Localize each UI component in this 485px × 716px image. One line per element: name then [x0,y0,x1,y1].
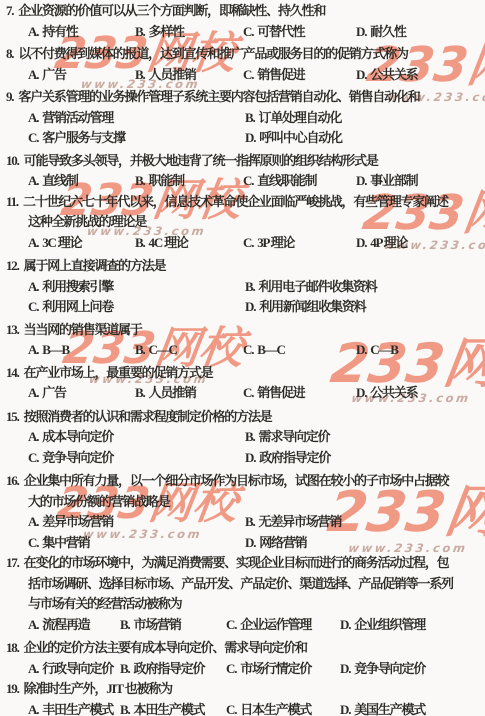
option-text: 直线制 [42,173,77,188]
option-label: A. [28,110,38,125]
option-text: 美国生产模式 [354,702,425,716]
question-stem-text: 客户关系管理的业务操作管理子系统主要内容包括营销自动化、销售自动化和 [18,89,419,104]
options-row: A.持有性B.多样性C.可替代性D.耐久性 [3,22,459,43]
option-text: 利用电子邮件收集资料 [259,279,377,294]
question-stem-text: 属于网上直接调查的方法是 [24,258,166,273]
option-text: 企业运作管理 [240,617,311,632]
question-stem-text: 在变化的市场环境中，为满足消费需要、实现企业目标而进行的商务活动过程，包括市场调… [24,555,453,611]
options-row: A.直线制B.职能制C.直线职能制D.事业部制 [3,171,459,192]
option-label: D. [340,617,350,632]
option-item: C.直线职能制 [243,171,356,192]
question-number: 14. [6,365,19,380]
option-item: D.利用新闻组收集资料 [245,297,459,318]
option-label: D. [340,702,350,716]
option-text: 4C 理论 [149,235,188,250]
option-label: D. [245,450,255,465]
question-item: 18.企业的定价方法主要有成本导向定价、需求导向定价和A.行政导向定价B.政府指… [3,638,459,679]
option-item: A.B—B [28,340,135,361]
question-stem: 14.在产业市场上，最重要的促销方式是 [3,363,459,384]
option-item: D.公共关系 [356,383,459,404]
question-item: 9.客户关系管理的业务操作管理子系统主要内容包括营销自动化、销售自动化和A.营销… [3,87,459,149]
question-stem: 13.当当网的销售渠道属于 [3,320,459,341]
option-item: C.销售促进 [243,383,356,404]
question-stem-text: 企业集中所有力量，以一个细分市场作为目标市场，试图在较小的子市场中占据较大的市场… [24,473,449,509]
option-item: A.成本导向定价 [28,427,245,448]
option-label: A. [28,702,38,716]
question-stem-text: 按照消费者的认识和需求程度制定价格的方法是 [24,409,272,424]
option-label: C. [243,24,253,39]
question-number: 10. [6,153,19,168]
question-stem-text: 当当网的销售渠道属于 [24,322,142,337]
option-item: C.利用网上问卷 [28,297,245,318]
option-item: D.呼叫中心自动化 [245,128,459,149]
question-number: 11. [6,194,18,209]
option-item: B.人员推销 [135,65,243,86]
option-text: 营销活动管理 [42,110,113,125]
option-item: C.竞争导向定价 [28,448,245,469]
question-number: 7. [6,3,13,18]
option-text: 耐久性 [370,24,405,39]
option-text: C—C [149,342,177,357]
option-text: 呼叫中心自动化 [259,130,342,145]
option-label: B. [135,173,145,188]
question-item: 12.属于网上直接调查的方法是A.利用搜索引擎B.利用电子邮件收集资料C.利用网… [3,256,459,318]
option-label: C. [243,385,253,400]
options-row: A.利用搜索引擎B.利用电子邮件收集资料C.利用网上问卷D.利用新闻组收集资料 [3,277,459,318]
option-label: A. [28,617,38,632]
option-item: B.利用电子邮件收集资料 [245,277,459,298]
question-item: 14.在产业市场上，最重要的促销方式是A.广告B.人员推销C.销售促进D.公共关… [3,363,459,404]
option-label: B. [120,661,130,676]
option-label: A. [28,173,38,188]
option-text: 3C 理论 [42,235,81,250]
option-label: C. [243,342,253,357]
option-item: C.客户服务与支撑 [28,128,245,149]
option-text: 人员推销 [149,67,196,82]
question-stem-text: 企业资源的价值可以从三个方面判断，即稀缺性、持久性和 [18,3,325,18]
option-label: A. [28,235,38,250]
option-label: D. [356,235,366,250]
option-text: 竞争导向定价 [354,661,425,676]
option-label: D. [356,67,366,82]
option-item: A.广告 [28,383,135,404]
option-text: 公共关系 [370,67,417,82]
option-label: B. [245,514,255,529]
option-label: C. [243,67,253,82]
option-label: C. [226,661,236,676]
options-row: A.流程再造B.市场营销C.企业运作管理D.企业组织管理 [3,615,459,636]
option-item: D.美国生产模式 [340,700,459,716]
option-item: C.集中营销 [28,533,245,554]
option-item: B.订单处理自动化 [245,108,459,129]
option-label: A. [28,429,38,444]
option-item: D.耐久性 [356,22,459,43]
question-number: 18. [6,640,19,655]
option-text: 网络营销 [259,535,306,550]
option-label: D. [356,173,366,188]
option-text: 可替代性 [257,24,304,39]
option-text: 差异市场营销 [42,514,113,529]
option-item: B.多样性 [135,22,243,43]
option-label: C. [28,299,38,314]
options-row: A.丰田生产模式B.本田生产模式C.日本生产模式D.美国生产模式 [3,700,459,716]
question-number: 17. [6,555,19,570]
option-text: 客户服务与支撑 [42,130,125,145]
option-item: A.3C 理论 [28,233,135,254]
option-text: 公共关系 [370,385,417,400]
option-label: D. [356,342,366,357]
option-label: D. [245,299,255,314]
option-text: 直线职能制 [257,173,316,188]
options-row: A.广告B.人员推销C.销售促进D.公共关系 [3,65,459,86]
option-text: 无差异市场营销 [259,514,342,529]
option-label: B. [135,24,145,39]
option-label: B. [245,279,255,294]
option-text: 本田生产模式 [134,702,205,716]
option-label: B. [245,110,255,125]
option-label: B. [245,429,255,444]
option-item: D.网络营销 [245,533,459,554]
question-stem-text: 除准时生产外，JIT 也被称为 [24,681,172,696]
option-text: 3P 理论 [257,235,294,250]
options-row: A.成本导向定价B.需求导向定价C.竞争导向定价D.政府指导定价 [3,427,459,468]
option-item: A.持有性 [28,22,135,43]
option-item: B.C—C [135,340,243,361]
option-item: B.市场营销 [120,615,226,636]
question-item: 15.按照消费者的认识和需求程度制定价格的方法是A.成本导向定价B.需求导向定价… [3,407,459,469]
option-text: 政府指导定价 [134,661,205,676]
option-label: A. [28,514,38,529]
option-item: C.市场行情定价 [226,659,340,680]
question-number: 13. [6,322,19,337]
option-item: D.竞争导向定价 [340,659,459,680]
option-text: 政府指导定价 [259,450,330,465]
options-row: A.3C 理论B.4C 理论C.3P 理论D.4P 理论 [3,233,459,254]
option-text: 市场行情定价 [240,661,311,676]
options-row: A.差异市场营销B.无差异市场营销C.集中营销D.网络营销 [3,512,459,553]
option-item: C.3P 理论 [243,233,356,254]
option-item: B.无差异市场营销 [245,512,459,533]
option-item: C.日本生产模式 [226,700,340,716]
option-label: D. [340,661,350,676]
option-text: 行政导向定价 [42,661,113,676]
option-text: B—B [42,342,69,357]
option-item: A.丰田生产模式 [28,700,120,716]
option-label: B. [135,235,145,250]
option-label: C. [28,535,38,550]
question-stem-text: 在产业市场上，最重要的促销方式是 [24,365,213,380]
question-number: 8. [6,46,13,61]
option-text: 流程再造 [42,617,89,632]
option-label: D. [245,535,255,550]
option-label: C. [243,173,253,188]
option-text: 竞争导向定价 [42,450,113,465]
question-stem: 16.企业集中所有力量，以一个细分市场作为目标市场，试图在较小的子市场中占据较大… [3,471,459,512]
option-item: D.C—B [356,340,459,361]
question-stem-text: 可能导致多头领导，并极大地违背了统一指挥原则的组织结构形式是 [24,153,378,168]
options-row: A.行政导向定价B.政府指导定价C.市场行情定价D.竞争导向定价 [3,659,459,680]
option-text: C—B [370,342,397,357]
option-item: D.政府指导定价 [245,448,459,469]
option-label: A. [28,67,38,82]
question-list: 7.企业资源的价值可以从三个方面判断，即稀缺性、持久性和A.持有性B.多样性C.… [0,0,485,716]
option-item: B.政府指导定价 [120,659,226,680]
option-label: A. [28,279,38,294]
question-item: 13.当当网的销售渠道属于A.B—BB.C—CC.B—CD.C—B [3,320,459,361]
option-text: 销售促进 [257,385,304,400]
option-text: 事业部制 [370,173,417,188]
option-item: D.公共关系 [356,65,459,86]
question-number: 19. [6,681,19,696]
option-item: D.事业部制 [356,171,459,192]
question-stem: 15.按照消费者的认识和需求程度制定价格的方法是 [3,407,459,428]
option-item: A.流程再造 [28,615,120,636]
question-stem: 7.企业资源的价值可以从三个方面判断，即稀缺性、持久性和 [3,1,459,22]
options-row: A.广告B.人员推销C.销售促进D.公共关系 [3,383,459,404]
option-item: A.直线制 [28,171,135,192]
question-stem: 18.企业的定价方法主要有成本导向定价、需求导向定价和 [3,638,459,659]
question-item: 16.企业集中所有力量，以一个细分市场作为目标市场，试图在较小的子市场中占据较大… [3,471,459,553]
option-label: C. [226,617,236,632]
question-stem-text: 企业的定价方法主要有成本导向定价、需求导向定价和 [24,640,307,655]
option-label: C. [226,702,236,716]
option-text: 成本导向定价 [42,429,113,444]
option-text: 4P 理论 [370,235,407,250]
option-label: B. [135,342,145,357]
option-text: 持有性 [42,24,77,39]
option-text: 利用新闻组收集资料 [259,299,365,314]
option-label: D. [356,385,366,400]
question-number: 15. [6,409,19,424]
option-text: 多样性 [149,24,184,39]
option-item: B.本田生产模式 [120,700,226,716]
option-item: A.营销活动管理 [28,108,245,129]
option-label: A. [28,342,38,357]
option-item: B.需求导向定价 [245,427,459,448]
option-text: 集中营销 [42,535,89,550]
option-label: B. [120,617,130,632]
option-item: C.企业运作管理 [226,615,340,636]
option-label: D. [356,24,366,39]
question-item: 19.除准时生产外，JIT 也被称为A.丰田生产模式B.本田生产模式C.日本生产… [3,679,459,716]
question-stem: 12.属于网上直接调查的方法是 [3,256,459,277]
question-stem: 19.除准时生产外，JIT 也被称为 [3,679,459,700]
question-item: 7.企业资源的价值可以从三个方面判断，即稀缺性、持久性和A.持有性B.多样性C.… [3,1,459,42]
option-text: 需求导向定价 [259,429,330,444]
option-item: C.可替代性 [243,22,356,43]
option-item: A.差异市场营销 [28,512,245,533]
question-stem-text: 二十世纪六七十年代以来，信息技术革命使企业面临严峻挑战，有些管理专家阐述这种全新… [23,194,448,230]
option-text: 职能制 [149,173,184,188]
option-label: B. [135,67,145,82]
option-label: A. [28,385,38,400]
option-label: B. [135,385,145,400]
option-item: B.人员推销 [135,383,243,404]
option-text: 广告 [42,67,66,82]
option-text: 日本生产模式 [240,702,311,716]
option-text: 广告 [42,385,66,400]
option-label: D. [245,130,255,145]
option-item: B.职能制 [135,171,243,192]
option-label: C. [28,130,38,145]
question-number: 16. [6,473,19,488]
question-stem: 17.在变化的市场环境中，为满足消费需要、实现企业目标而进行的商务活动过程，包括… [3,553,459,615]
option-item: A.利用搜索引擎 [28,277,245,298]
question-stem: 10.可能导致多头领导，并极大地违背了统一指挥原则的组织结构形式是 [3,151,459,172]
option-text: 丰田生产模式 [42,702,113,716]
question-number: 12. [6,258,19,273]
option-text: 销售促进 [257,67,304,82]
question-item: 8.以不付费得到媒体的报道，达到宣传和推广产品或服务目的的促销方式称为A.广告B… [3,44,459,85]
option-item: D.企业组织管理 [340,615,459,636]
question-stem: 11.二十世纪六七十年代以来，信息技术革命使企业面临严峻挑战，有些管理专家阐述这… [3,192,459,233]
option-item: D.4P 理论 [356,233,459,254]
question-stem-text: 以不付费得到媒体的报道，达到宣传和推广产品或服务目的的促销方式称为 [18,46,407,61]
question-item: 17.在变化的市场环境中，为满足消费需要、实现企业目标而进行的商务活动过程，包括… [3,553,459,635]
option-text: 企业组织管理 [354,617,425,632]
question-number: 9. [6,89,13,104]
option-label: A. [28,661,38,676]
options-row: A.B—BB.C—CC.B—CD.C—B [3,340,459,361]
option-text: 利用搜索引擎 [42,279,113,294]
option-item: B.4C 理论 [135,233,243,254]
option-item: C.B—C [243,340,356,361]
question-item: 10.可能导致多头领导，并极大地违背了统一指挥原则的组织结构形式是A.直线制B.… [3,151,459,192]
question-stem: 9.客户关系管理的业务操作管理子系统主要内容包括营销自动化、销售自动化和 [3,87,459,108]
option-label: B. [120,702,130,716]
option-label: C. [243,235,253,250]
option-item: C.销售促进 [243,65,356,86]
option-text: 订单处理自动化 [259,110,342,125]
option-text: 利用网上问卷 [42,299,113,314]
option-text: 市场营销 [134,617,181,632]
question-stem: 8.以不付费得到媒体的报道，达到宣传和推广产品或服务目的的促销方式称为 [3,44,459,65]
option-text: B—C [257,342,284,357]
options-row: A.营销活动管理B.订单处理自动化C.客户服务与支撑D.呼叫中心自动化 [3,108,459,149]
option-label: C. [28,450,38,465]
option-item: A.行政导向定价 [28,659,120,680]
option-label: A. [28,24,38,39]
option-text: 人员推销 [149,385,196,400]
question-item: 11.二十世纪六七十年代以来，信息技术革命使企业面临严峻挑战，有些管理专家阐述这… [3,192,459,254]
option-item: A.广告 [28,65,135,86]
